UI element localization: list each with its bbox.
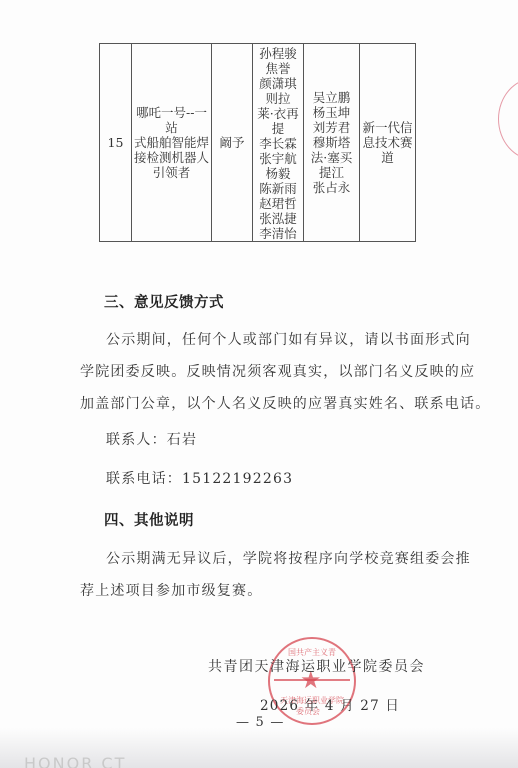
section-3-heading: 三、意见反馈方式 bbox=[104, 291, 224, 312]
advisor-name: 提江 bbox=[304, 165, 359, 180]
advisor-name: 张占永 bbox=[304, 180, 359, 195]
advisor-name: 穆斯塔 bbox=[304, 135, 359, 150]
row-index: 15 bbox=[100, 44, 132, 242]
project-name-line: 接检测机器人 bbox=[132, 150, 211, 165]
track-line: 息技术赛 bbox=[360, 135, 415, 150]
member-name: 焦誉 bbox=[253, 61, 303, 76]
contact-person: 联系人：石岩 bbox=[106, 429, 197, 449]
member-name: 则拉 bbox=[253, 91, 303, 106]
leader-cell: 阚予 bbox=[212, 44, 253, 242]
project-name-line: 哪吒一号--一站 bbox=[132, 105, 211, 135]
track-line: 道 bbox=[360, 150, 415, 165]
signature-org: 共青团天津海运职业学院委员会 bbox=[208, 656, 425, 676]
advisor-name: 杨玉坤 bbox=[304, 105, 359, 120]
member-name: 赵珺哲 bbox=[253, 196, 303, 211]
member-name: 颜潇琪 bbox=[253, 76, 303, 91]
advisor-name: 刘芳君 bbox=[304, 120, 359, 135]
member-name: 莱·衣再 bbox=[253, 106, 303, 121]
member-name: 孙程骏 bbox=[253, 46, 303, 61]
project-name-cell: 哪吒一号--一站 式船舶智能焊 接检测机器人 引领者 bbox=[132, 44, 212, 242]
section-3-para-line: 加盖部门公章，以个人名义反映的应署真实姓名、联系电话。 bbox=[80, 393, 490, 413]
member-name: 张泓捷 bbox=[253, 211, 303, 226]
camera-watermark: HONOR CT bbox=[24, 754, 126, 768]
document-page: 15 哪吒一号--一站 式船舶智能焊 接检测机器人 引领者 阚予 孙程骏 焦誉 … bbox=[0, 0, 518, 768]
advisor-name: 吴立鹏 bbox=[304, 90, 359, 105]
table-row: 15 哪吒一号--一站 式船舶智能焊 接检测机器人 引领者 阚予 孙程骏 焦誉 … bbox=[100, 44, 416, 242]
project-table: 15 哪吒一号--一站 式船舶智能焊 接检测机器人 引领者 阚予 孙程骏 焦誉 … bbox=[99, 43, 416, 242]
advisor-name: 法·塞买 bbox=[304, 150, 359, 165]
member-name: 提 bbox=[253, 121, 303, 136]
member-name: 杨毅 bbox=[253, 166, 303, 181]
side-seal-stamp bbox=[498, 78, 518, 160]
signature-date: 2026 年 4 月 27 日 bbox=[260, 694, 400, 714]
member-name: 李清怡 bbox=[253, 226, 303, 241]
section-4-para-line: 荐上述项目参加市级复赛。 bbox=[80, 580, 262, 600]
advisors-cell: 吴立鹏 杨玉坤 刘芳君 穆斯塔 法·塞买 提江 张占永 bbox=[304, 44, 360, 242]
section-3-para-line: 学院团委反映。反映情况须客观真实，以部门名义反映的应 bbox=[80, 361, 475, 381]
track-cell: 新一代信 息技术赛 道 bbox=[360, 44, 416, 242]
track-line: 新一代信 bbox=[360, 120, 415, 135]
section-4-heading: 四、其他说明 bbox=[104, 509, 194, 530]
contact-phone: 联系电话：15122192263 bbox=[106, 468, 293, 488]
section-3-para-line: 公示期间，任何个人或部门如有异议，请以书面形式向 bbox=[106, 329, 471, 349]
member-name: 张宇航 bbox=[253, 151, 303, 166]
member-name: 李长霖 bbox=[253, 136, 303, 151]
section-4-para-line: 公示期满无异议后，学院将按程序向学校竞赛组委会推 bbox=[106, 548, 471, 568]
member-name: 陈新雨 bbox=[253, 181, 303, 196]
project-name-line: 式船舶智能焊 bbox=[132, 135, 211, 150]
project-name-line: 引领者 bbox=[132, 165, 211, 180]
members-cell: 孙程骏 焦誉 颜潇琪 则拉 莱·衣再 提 李长霖 张宇航 杨毅 陈新雨 赵珺哲 … bbox=[253, 44, 304, 242]
